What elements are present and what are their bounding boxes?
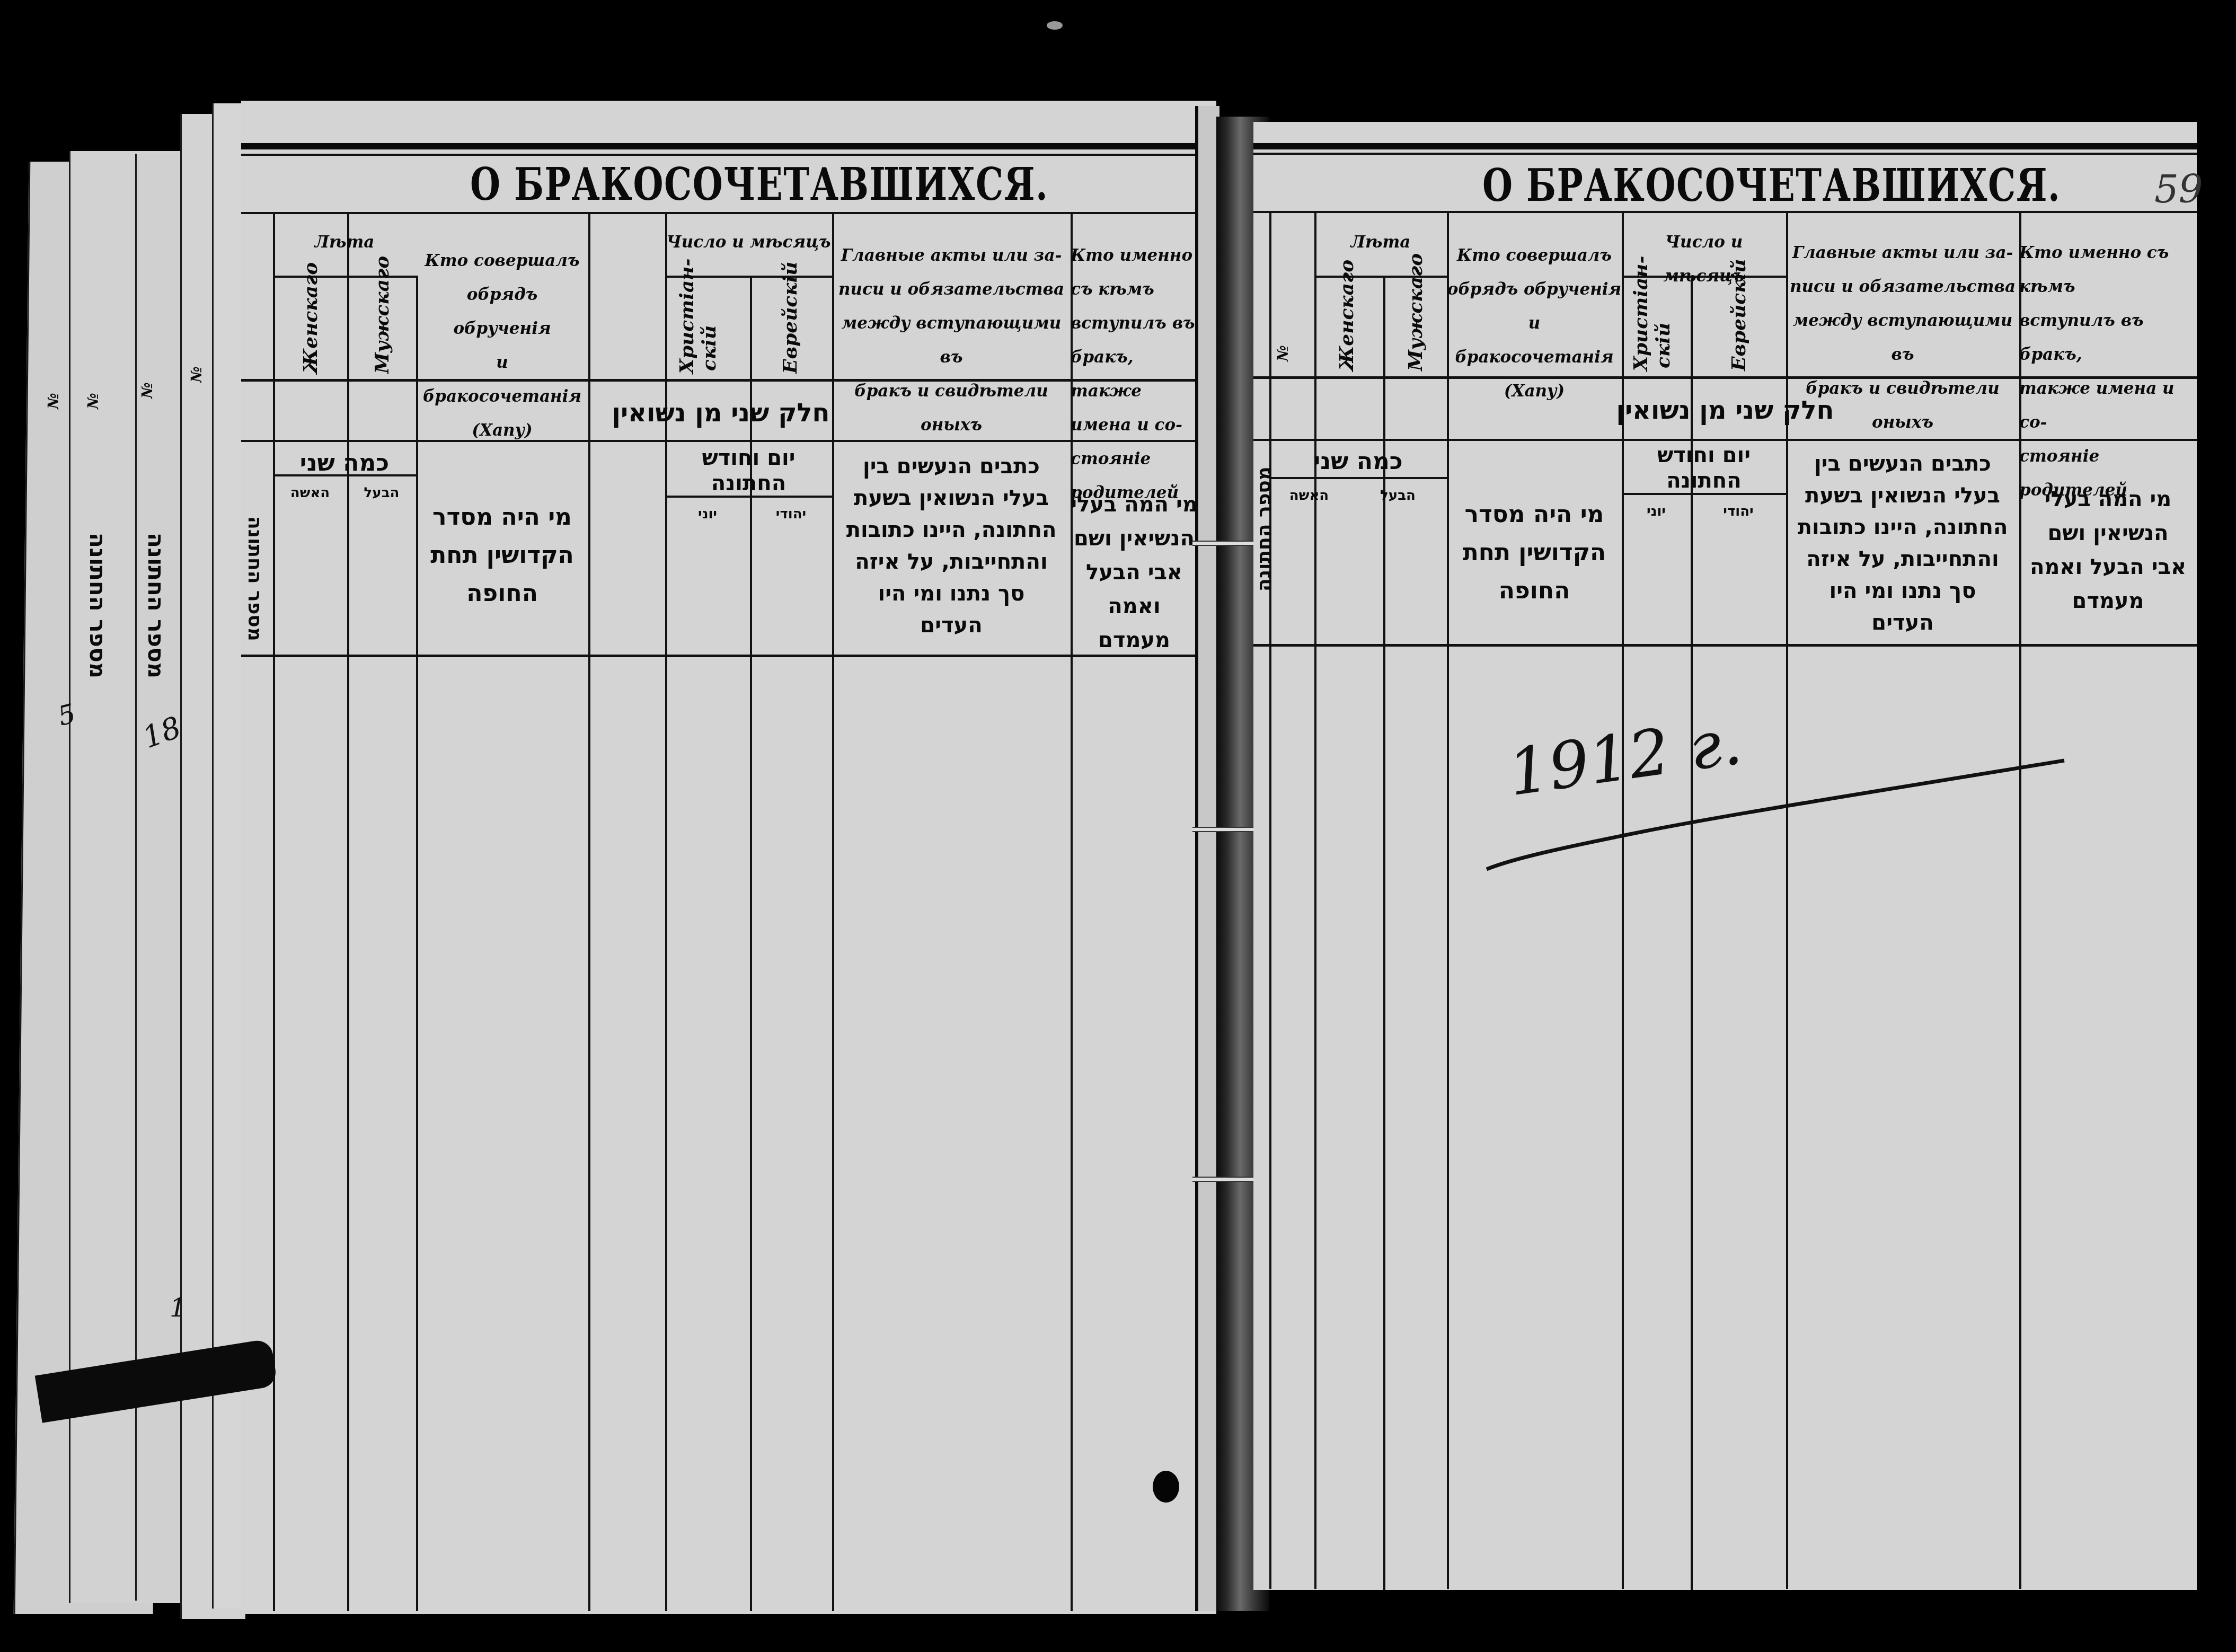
he-who-line: אבי הבעל ואמה	[1071, 555, 1198, 623]
header-who: Кто именно съ кѣмъ вступилъ въ бракъ, та…	[2019, 236, 2197, 507]
he-header-bottom-line	[241, 655, 1200, 657]
he-header-wife: האשה	[273, 485, 347, 501]
top-rule	[241, 143, 1200, 149]
he-who-line: מי המה בעלי	[1071, 488, 1198, 522]
he-officiant-line: מי היה מסדר	[416, 498, 588, 536]
subheader-line	[273, 276, 416, 278]
header-officiant-line: обрядъ обрученія	[416, 278, 588, 346]
he-header-bottom-line	[1253, 644, 2197, 647]
he-acts-line: סך נתנו ומי היו	[832, 578, 1071, 609]
header-number: №	[1274, 345, 1292, 361]
stack-number-label: №	[84, 393, 102, 409]
top-rule	[1253, 143, 2197, 149]
header-date-christian: Христіан-	[1630, 284, 1652, 371]
he-header-age-group: כמה שני	[1269, 443, 1447, 481]
he-section-title: חלק שני מן נשואין	[241, 392, 1200, 434]
he-header-date-group: יום וחודש החתונה	[665, 445, 832, 496]
header-acts-line: Главные акты или за-	[832, 238, 1071, 272]
header-officiant: Кто совершалъ обрядъ обрученія и бракосо…	[1447, 238, 1622, 408]
he-officiant-line: החופה	[1447, 572, 1622, 610]
he-acts-line: כתבים הנעשים בין	[832, 450, 1071, 482]
header-age-group: Лѣта	[273, 225, 416, 259]
header-age-female: Женскаго	[299, 284, 322, 374]
header-acts-line: между вступающими въ	[1786, 304, 2019, 372]
he-who-line: מי המה בעלי	[2019, 482, 2197, 516]
header-who-line: вступилъ въ бракъ,	[2019, 304, 2197, 372]
he-who-line: מעמדם	[1071, 623, 1198, 657]
he-who-line: אבי הבעל ואמה	[2019, 550, 2197, 584]
he-header-number: מספר החתונה	[244, 472, 266, 641]
he-date-line: יום וחודש	[1622, 443, 1786, 468]
he-header-husband: הבעל	[347, 485, 416, 501]
page-title: О БРАКОСОЧЕТАВШИХСЯ.	[1482, 159, 1978, 211]
he-officiant-line: החופה	[416, 575, 588, 613]
header-who: Кто именно съ кѣмъ вступилъ въ бракъ, та…	[1071, 238, 1198, 510]
header-officiant-line: Кто совершалъ	[416, 244, 588, 278]
header-officiant-line: и бракосочетанія	[1447, 306, 1622, 374]
he-acts-line: בעלי הנשואין בשעת	[1786, 480, 2019, 511]
he-header-husband: הבעל	[1349, 488, 1447, 503]
header-date-christian-2: скій	[698, 313, 720, 371]
he-acts-line: החתונה, היינו כתובות	[832, 514, 1071, 546]
stack-number-label: №	[188, 366, 205, 382]
stack-number-label: №	[138, 382, 156, 398]
header-date-jewish: Еврейскій	[1728, 284, 1750, 371]
he-who-line: הנשיאין ושם	[2019, 516, 2197, 550]
header-date-group: Число и мѣсяцъ	[665, 225, 832, 259]
header-acts-line: писи и обязательства	[832, 272, 1071, 306]
he-acts-line: כתבים הנעשים בין	[1786, 448, 2019, 480]
header-age-male: Мужскаго	[371, 284, 393, 374]
subheader-line	[1314, 276, 1447, 278]
page-number: 59	[2154, 167, 2203, 211]
right-page: О БРАКОСОЧЕТАВШИХСЯ. 59 № Лѣта Женскаго …	[1253, 122, 2197, 1590]
he-acts-line: והתחייבות, על איזה	[832, 546, 1071, 578]
page-title: О БРАКОСОЧЕТАВШИХСЯ.	[470, 158, 966, 210]
he-acts-line: החתונה, היינו כתובות	[1786, 511, 2019, 543]
header-acts-line: писи и обязательства	[1786, 270, 2019, 304]
header-who-line: вступилъ въ бракъ,	[1071, 306, 1198, 374]
he-section-title: חלק שני מן נשואין	[1253, 390, 2197, 431]
he-header-acts: כתבים הנעשים בין בעלי הנשואין בשעת החתונ…	[832, 450, 1071, 641]
debris-mark	[1047, 21, 1063, 30]
header-officiant-line: Кто совершалъ	[1447, 238, 1622, 272]
header-date-christian-2: скій	[1652, 310, 1674, 368]
stack-marriage-number-label: מספר החתונה	[143, 488, 169, 678]
top-rule-thin	[1253, 153, 2197, 155]
he-header-who: מי המה בעלי הנשיאין ושם אבי הבעל ואמה מע…	[2019, 482, 2197, 618]
header-acts-line: между вступающими въ	[832, 306, 1071, 374]
header-who-line: Кто именно съ кѣмъ	[2019, 236, 2197, 304]
he-header-date-jewish: יהודי	[1691, 503, 1786, 519]
header-acts-line: Главные акты или за-	[1786, 236, 2019, 270]
header-who-line: Кто именно съ кѣмъ	[1071, 238, 1198, 306]
header-age-male: Мужскаго	[1404, 284, 1427, 371]
header-date-christian: Христіан-	[676, 286, 698, 374]
he-header-date-greek: יוני	[1622, 503, 1691, 519]
handwritten-flourish-line	[1481, 742, 2075, 874]
header-age-female: Женскаго	[1336, 284, 1358, 371]
header-age-group: Лѣта	[1314, 225, 1447, 259]
he-header-age-group: כמה שני	[273, 444, 416, 482]
punch-hole	[1153, 1471, 1179, 1503]
he-acts-line: העדים	[832, 609, 1071, 641]
he-officiant-line: מי היה מסדר	[1447, 496, 1622, 534]
left-page: О БРАКОСОЧЕТАВШИХСЯ. Лѣта Женскаго Мужск…	[241, 101, 1216, 1614]
col-divider	[416, 276, 418, 1611]
he-acts-line: בעלי הנשואין בשעת	[832, 482, 1071, 514]
he-acts-line: והתחייבות, על איזה	[1786, 543, 2019, 575]
stack-number-label: №	[45, 393, 62, 409]
he-header-officiant: מי היה מסדר הקדושין תחת החופה	[1447, 496, 1622, 610]
he-header-date-jewish: יהודי	[750, 506, 832, 522]
stack-handwritten-number: 1	[170, 1293, 186, 1323]
he-header-officiant: מי היה מסדר הקדושין תחת החופה	[416, 498, 588, 613]
he-date-line: החתונה	[1622, 468, 1786, 493]
he-band-bottom-line	[241, 440, 1200, 442]
header-top-line	[1253, 211, 2197, 213]
he-header-who: מי המה בעלי הנשיאין ושם אבי הבעל ואמה מע…	[1071, 488, 1198, 657]
he-date-line: החתונה	[665, 471, 832, 496]
stack-marriage-number-label: מספר החתונה	[85, 488, 111, 678]
header-date-jewish: Еврейскій	[779, 286, 801, 374]
he-band-bottom-line	[1253, 439, 2197, 441]
he-officiant-line: הקדושין תחת	[1447, 534, 1622, 572]
he-date-line: יום וחודש	[665, 445, 832, 471]
he-acts-line: סך נתנו ומי היו	[1786, 575, 2019, 607]
he-header-date-greek: יוני	[665, 506, 750, 522]
top-rule-thin	[241, 154, 1200, 156]
header-officiant-line: обрядъ обрученія	[1447, 272, 1622, 306]
he-officiant-line: הקדושין תחת	[416, 536, 588, 575]
he-acts-line: העדים	[1786, 607, 2019, 639]
he-who-line: מעמדם	[2019, 584, 2197, 618]
he-header-wife: האשה	[1269, 488, 1349, 503]
header-top-line	[241, 212, 1200, 214]
he-header-acts: כתבים הנעשים בין בעלי הנשואין בשעת החתונ…	[1786, 448, 2019, 639]
he-who-line: הנשיאין ושם	[1071, 522, 1198, 555]
he-header-date-group: יום וחודש החתונה	[1622, 443, 1786, 493]
